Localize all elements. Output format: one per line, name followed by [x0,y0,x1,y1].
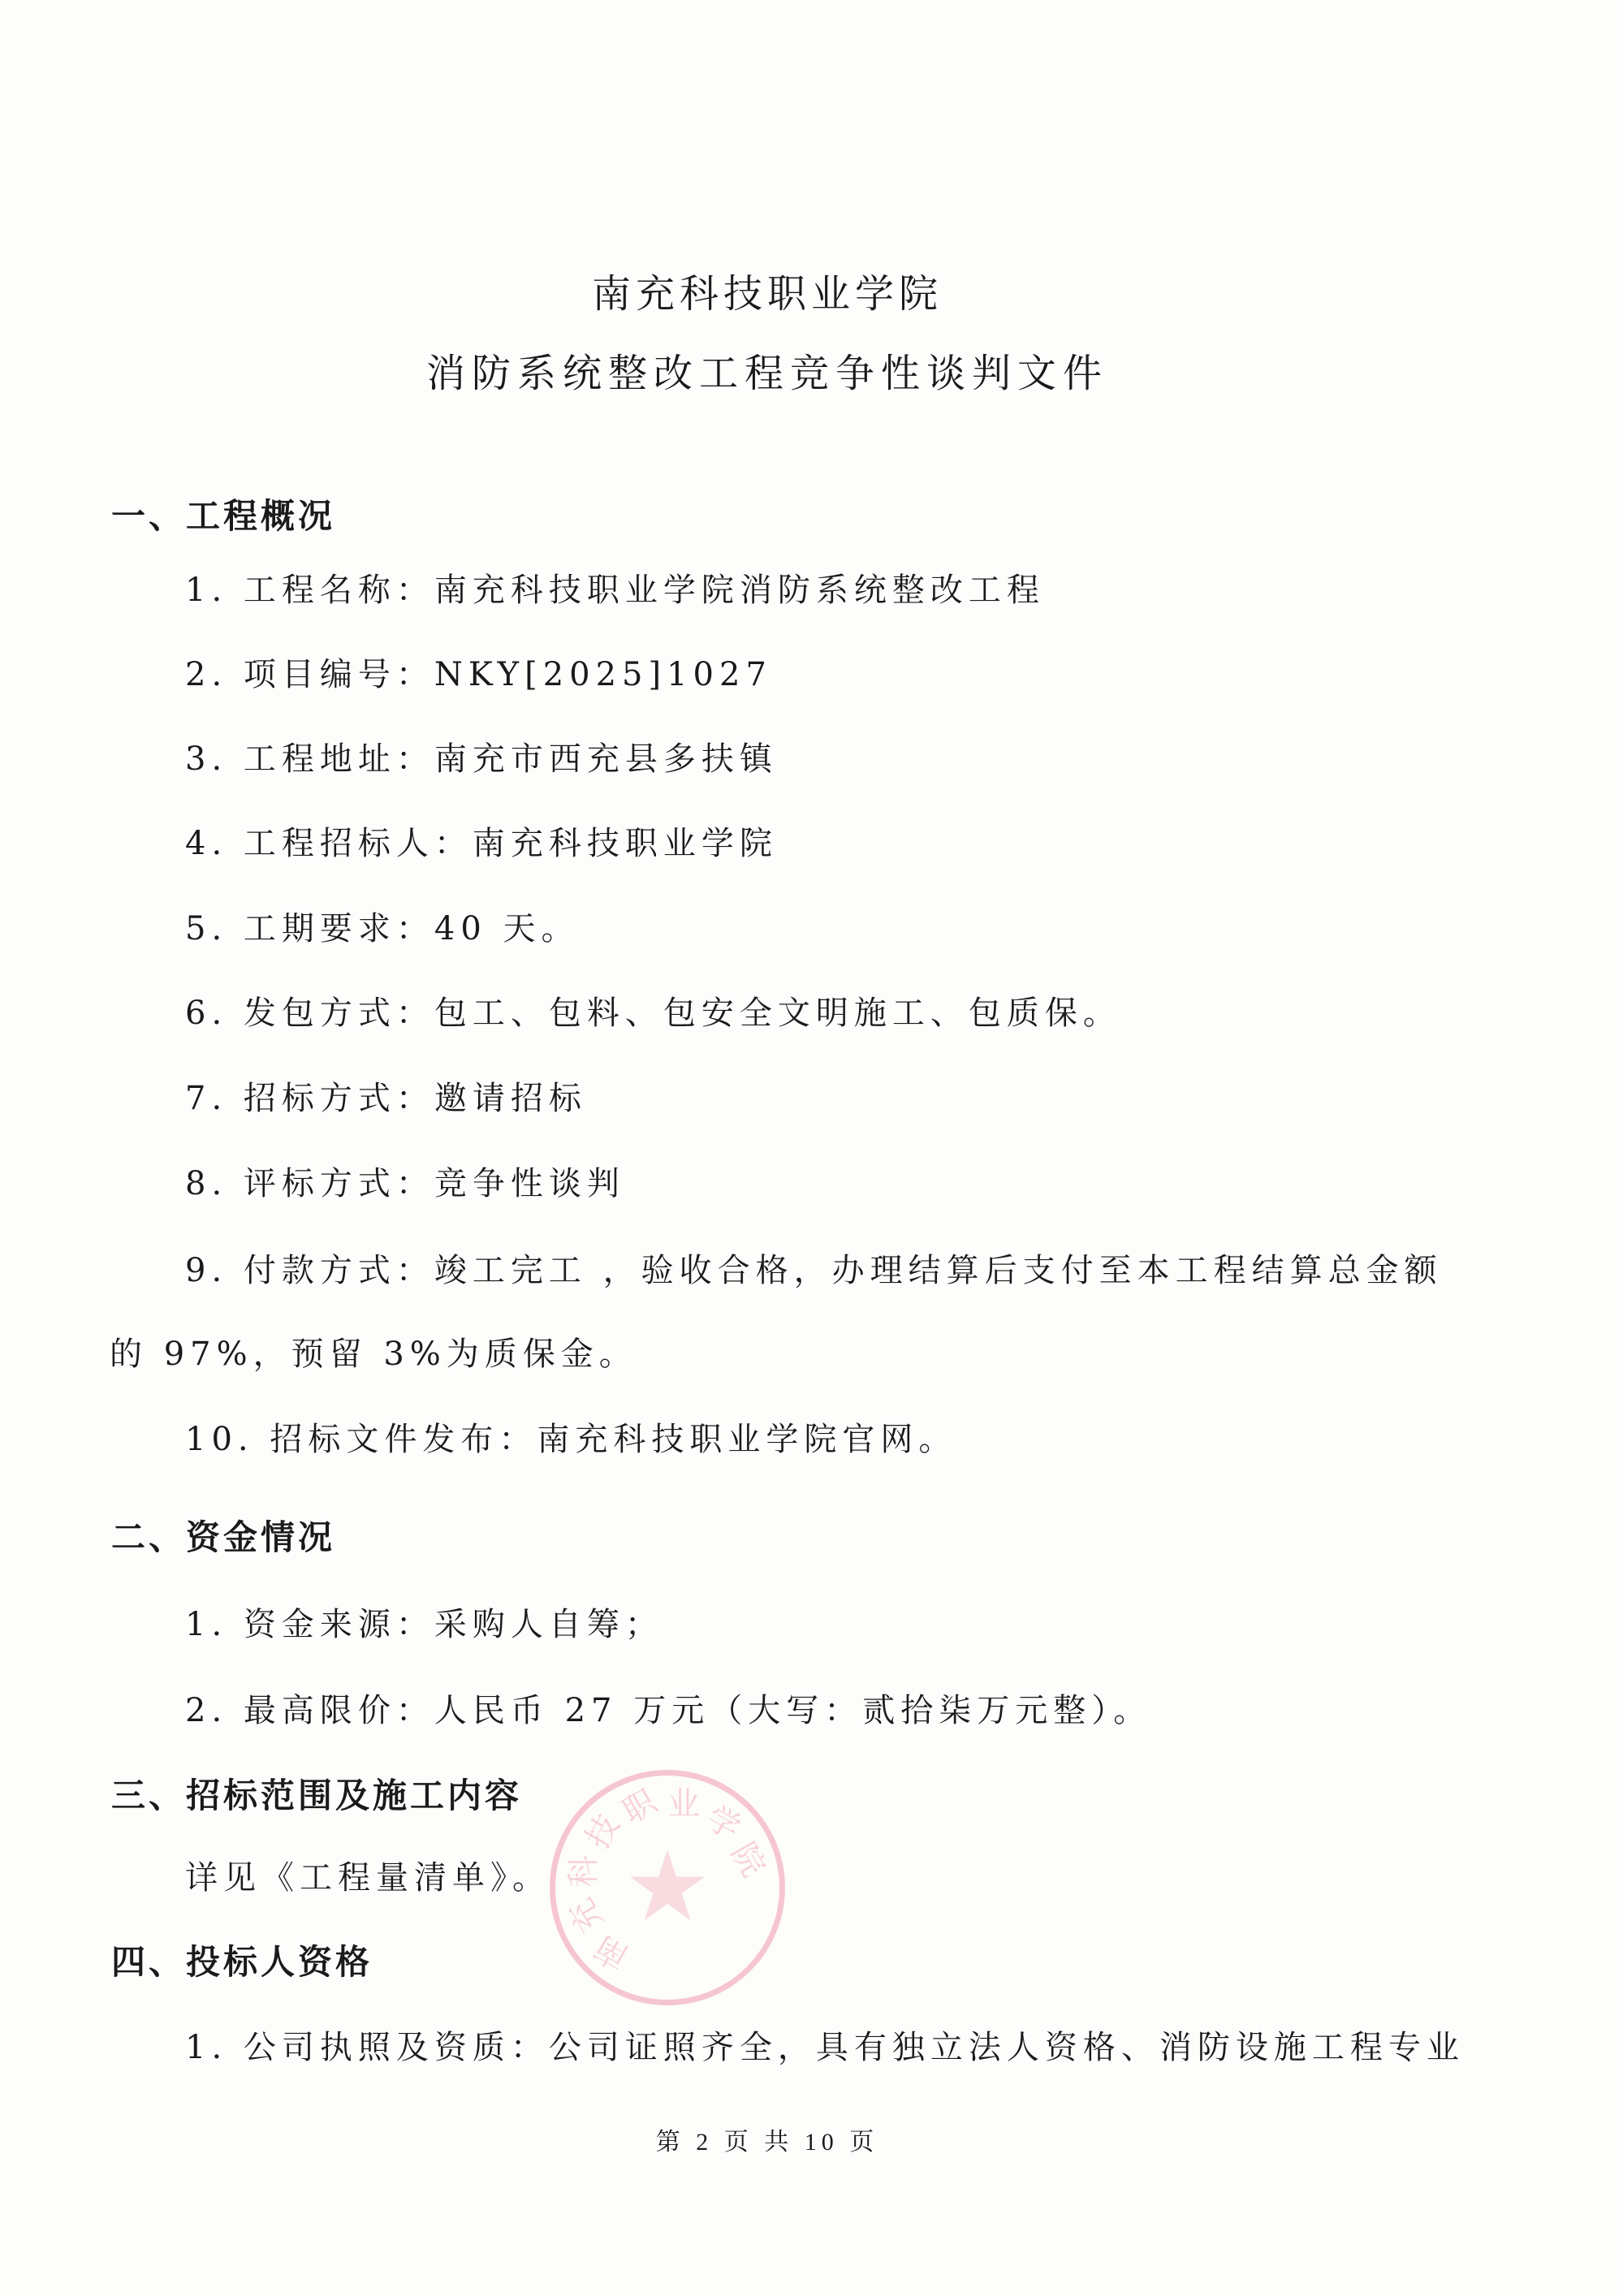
item-funding-source: 1. 资金来源：采购人自筹； [185,1608,663,1641]
section-heading-scope: 三、招标范围及施工内容 [111,1779,522,1813]
section-heading-bidder-qualification: 四、投标人资格 [111,1945,373,1979]
item-contract-mode: 6. 发包方式：包工、包料、包安全文明施工、包质保。 [185,997,1121,1029]
document-page: 南充科技职业学院 消防系统整改工程竞争性谈判文件 一、工程概况 1. 工程名称：… [0,0,1623,2296]
seal-char: 技 [572,1805,628,1856]
item-payment-method-continued: 的 97%，预留 3%为质保金。 [110,1338,637,1370]
item-evaluation-method: 8. 评标方式：竞争性谈判 [185,1167,625,1200]
item-project-number: 2. 项目编号：NKY[2025]1027 [185,658,772,691]
document-title-line1: 南充科技职业学院 [0,274,1535,313]
item-document-release: 10. 招标文件发布：南充科技职业学院官网。 [185,1423,956,1456]
item-tender-method: 7. 招标方式：邀请招标 [185,1082,587,1115]
page-number-footer: 第 2 页 共 10 页 [0,2130,1535,2155]
section-heading-funding: 二、资金情况 [111,1521,335,1555]
seal-char: 业 [667,1778,700,1824]
item-max-price: 2. 最高限价：人民币 27 万元（大写：贰拾柒万元整）。 [185,1694,1151,1727]
item-license-qualification: 1. 公司执照及资质：公司证照齐全，具有独立法人资格、消防设施工程专业 [185,2031,1465,2064]
document-title-line2: 消防系统整改工程竞争性谈判文件 [0,354,1535,393]
item-duration: 5. 工期要求：40 天。 [185,913,580,945]
item-project-address: 3. 工程地址：南充市西充县多扶镇 [185,743,778,775]
item-payment-method: 9. 付款方式：竣工完工 ，验收合格，办理结算后支付至本工程结算总金额 [185,1254,1443,1287]
seal-star-icon: ★ [624,1839,711,1936]
official-seal-stamp: 南 充 科 技 职 业 学 院 ★ [550,1770,785,2005]
seal-char: 科 [558,1855,604,1888]
item-scope-detail: 详见《工程量清单》。 [185,1862,550,1894]
item-project-name: 1. 工程名称：南充科技职业学院消防系统整改工程 [185,574,1045,606]
section-heading-overview: 一、工程概况 [111,499,335,533]
item-tenderer: 4. 工程招标人：南充科技职业学院 [185,827,778,860]
